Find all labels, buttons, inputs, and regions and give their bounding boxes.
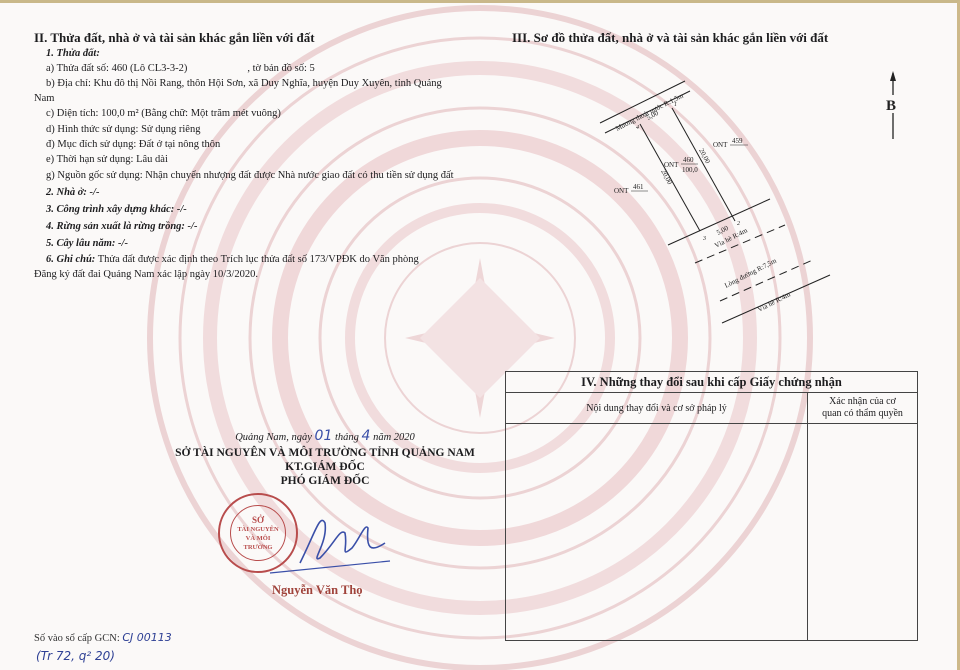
- signer-role-1: KT.GIÁM ĐỐC: [170, 461, 480, 473]
- note: 6. Ghi chú: Thửa đất được xác định theo …: [46, 253, 419, 266]
- section-4-title: IV. Những thay đổi sau khi cấp Giấy chứn…: [506, 372, 917, 393]
- changes-table: IV. Những thay đổi sau khi cấp Giấy chứn…: [505, 371, 918, 641]
- svg-text:461: 461: [633, 183, 644, 191]
- svg-text:100,0: 100,0: [682, 166, 698, 174]
- parcel-address: b) Địa chỉ: Khu đô thị Nồi Rang, thôn Hộ…: [46, 77, 442, 90]
- usage-form: d) Hình thức sử dụng: Sử dụng riêng: [46, 123, 200, 136]
- svg-text:ONT: ONT: [664, 161, 679, 169]
- other-works: 3. Công trình xây dựng khác: -/-: [46, 203, 187, 216]
- parcel-address-cont: Nam: [34, 92, 54, 105]
- signer-name: Nguyễn Văn Thọ: [272, 583, 363, 598]
- issue-date: Quảng Nam, ngày 01 tháng 4 năm 2020: [170, 428, 480, 444]
- svg-text:2: 2: [737, 221, 740, 227]
- signature-scribble: [240, 503, 400, 583]
- note-text: Thửa đất được xác định theo Trích lục th…: [95, 254, 419, 265]
- svg-text:ONT: ONT: [713, 141, 728, 149]
- note-label: 6. Ghi chú:: [46, 254, 95, 265]
- parcel-diagram: B Mương thoát nước R:1,5m 5,00 5,00 20,0…: [560, 63, 940, 363]
- usage-origin: g) Nguồn gốc sử dụng: Nhận chuyển nhượng…: [46, 169, 454, 182]
- north-arrow-icon: B: [886, 71, 896, 139]
- svg-text:ONT: ONT: [614, 187, 629, 195]
- register-value: CJ 00113: [122, 631, 171, 644]
- usage-term: e) Thời hạn sử dụng: Lâu dài: [46, 153, 168, 166]
- col2-line1: Xác nhận của cơ: [829, 396, 896, 407]
- signer-role-2: PHÓ GIÁM ĐỐC: [170, 475, 480, 487]
- svg-text:Lòng đường R:7,5m: Lòng đường R:7,5m: [723, 256, 778, 289]
- date-year: năm 2020: [370, 432, 414, 443]
- parcel-number-text: a) Thửa đất số: 460 (Lô CL3-3-2): [46, 63, 187, 74]
- svg-text:1: 1: [674, 102, 677, 108]
- date-prefix: Quảng Nam, ngày: [235, 432, 314, 443]
- changes-table-body: [506, 424, 917, 640]
- note-cont: Đăng ký đất đai Quảng Nam xác lập ngày 1…: [34, 268, 258, 281]
- svg-text:4: 4: [636, 124, 639, 131]
- change-content-cell: [506, 424, 808, 640]
- signature-block: Quảng Nam, ngày 01 tháng 4 năm 2020 SỞ T…: [170, 428, 480, 487]
- section-3-title: III. Sơ đồ thửa đất, nhà ở và tài sản kh…: [512, 30, 828, 46]
- svg-text:3: 3: [702, 236, 706, 242]
- usage-purpose: đ) Mục đích sử dụng: Đất ở tại nông thôn: [46, 138, 220, 151]
- authority-confirmation-cell: [808, 424, 917, 640]
- perennial-trees: 5. Cây lâu năm: -/-: [46, 237, 128, 250]
- issuing-org: SỞ TÀI NGUYÊN VÀ MÔI TRƯỜNG TỈNH QUẢNG N…: [170, 447, 480, 459]
- month-label: tháng: [332, 432, 361, 443]
- parcel-heading: 1. Thửa đất:: [46, 47, 100, 60]
- svg-text:Vỉa hè R:4m: Vỉa hè R:4m: [756, 290, 792, 314]
- date-day: 01: [315, 428, 333, 444]
- section-2-title: II. Thửa đất, nhà ở và tài sản khác gắn …: [34, 30, 315, 46]
- changes-table-header: Nội dung thay đổi và cơ sở pháp lý Xác n…: [506, 393, 917, 424]
- register-label: Số vào sổ cấp GCN:: [34, 633, 122, 644]
- svg-text:459: 459: [732, 137, 743, 145]
- production-forest: 4. Rừng sản xuất là rừng trồng: -/-: [46, 220, 197, 233]
- svg-text:20,00: 20,00: [659, 168, 674, 186]
- handwritten-ref: (Tr 72, q² 20): [36, 649, 115, 663]
- column-change-content: Nội dung thay đổi và cơ sở pháp lý: [506, 393, 808, 423]
- parcel-number: a) Thửa đất số: 460 (Lô CL3-3-2), tờ bản…: [46, 62, 315, 75]
- parcel-area: c) Diện tích: 100,0 m² (Bằng chữ: Một tr…: [46, 107, 281, 120]
- certificate-page: II. Thửa đất, nhà ở và tài sản khác gắn …: [0, 0, 960, 670]
- register-number: Số vào sổ cấp GCN: CJ 00113: [34, 631, 172, 644]
- map-sheet-text: , tờ bản đồ số: 5: [247, 63, 314, 74]
- column-authority-confirmation: Xác nhận của cơquan có thẩm quyền: [808, 393, 917, 423]
- svg-text:460: 460: [683, 156, 694, 164]
- col2-line2: quan có thẩm quyền: [822, 408, 903, 419]
- house: 2. Nhà ở: -/-: [46, 186, 99, 199]
- svg-text:B: B: [886, 98, 896, 114]
